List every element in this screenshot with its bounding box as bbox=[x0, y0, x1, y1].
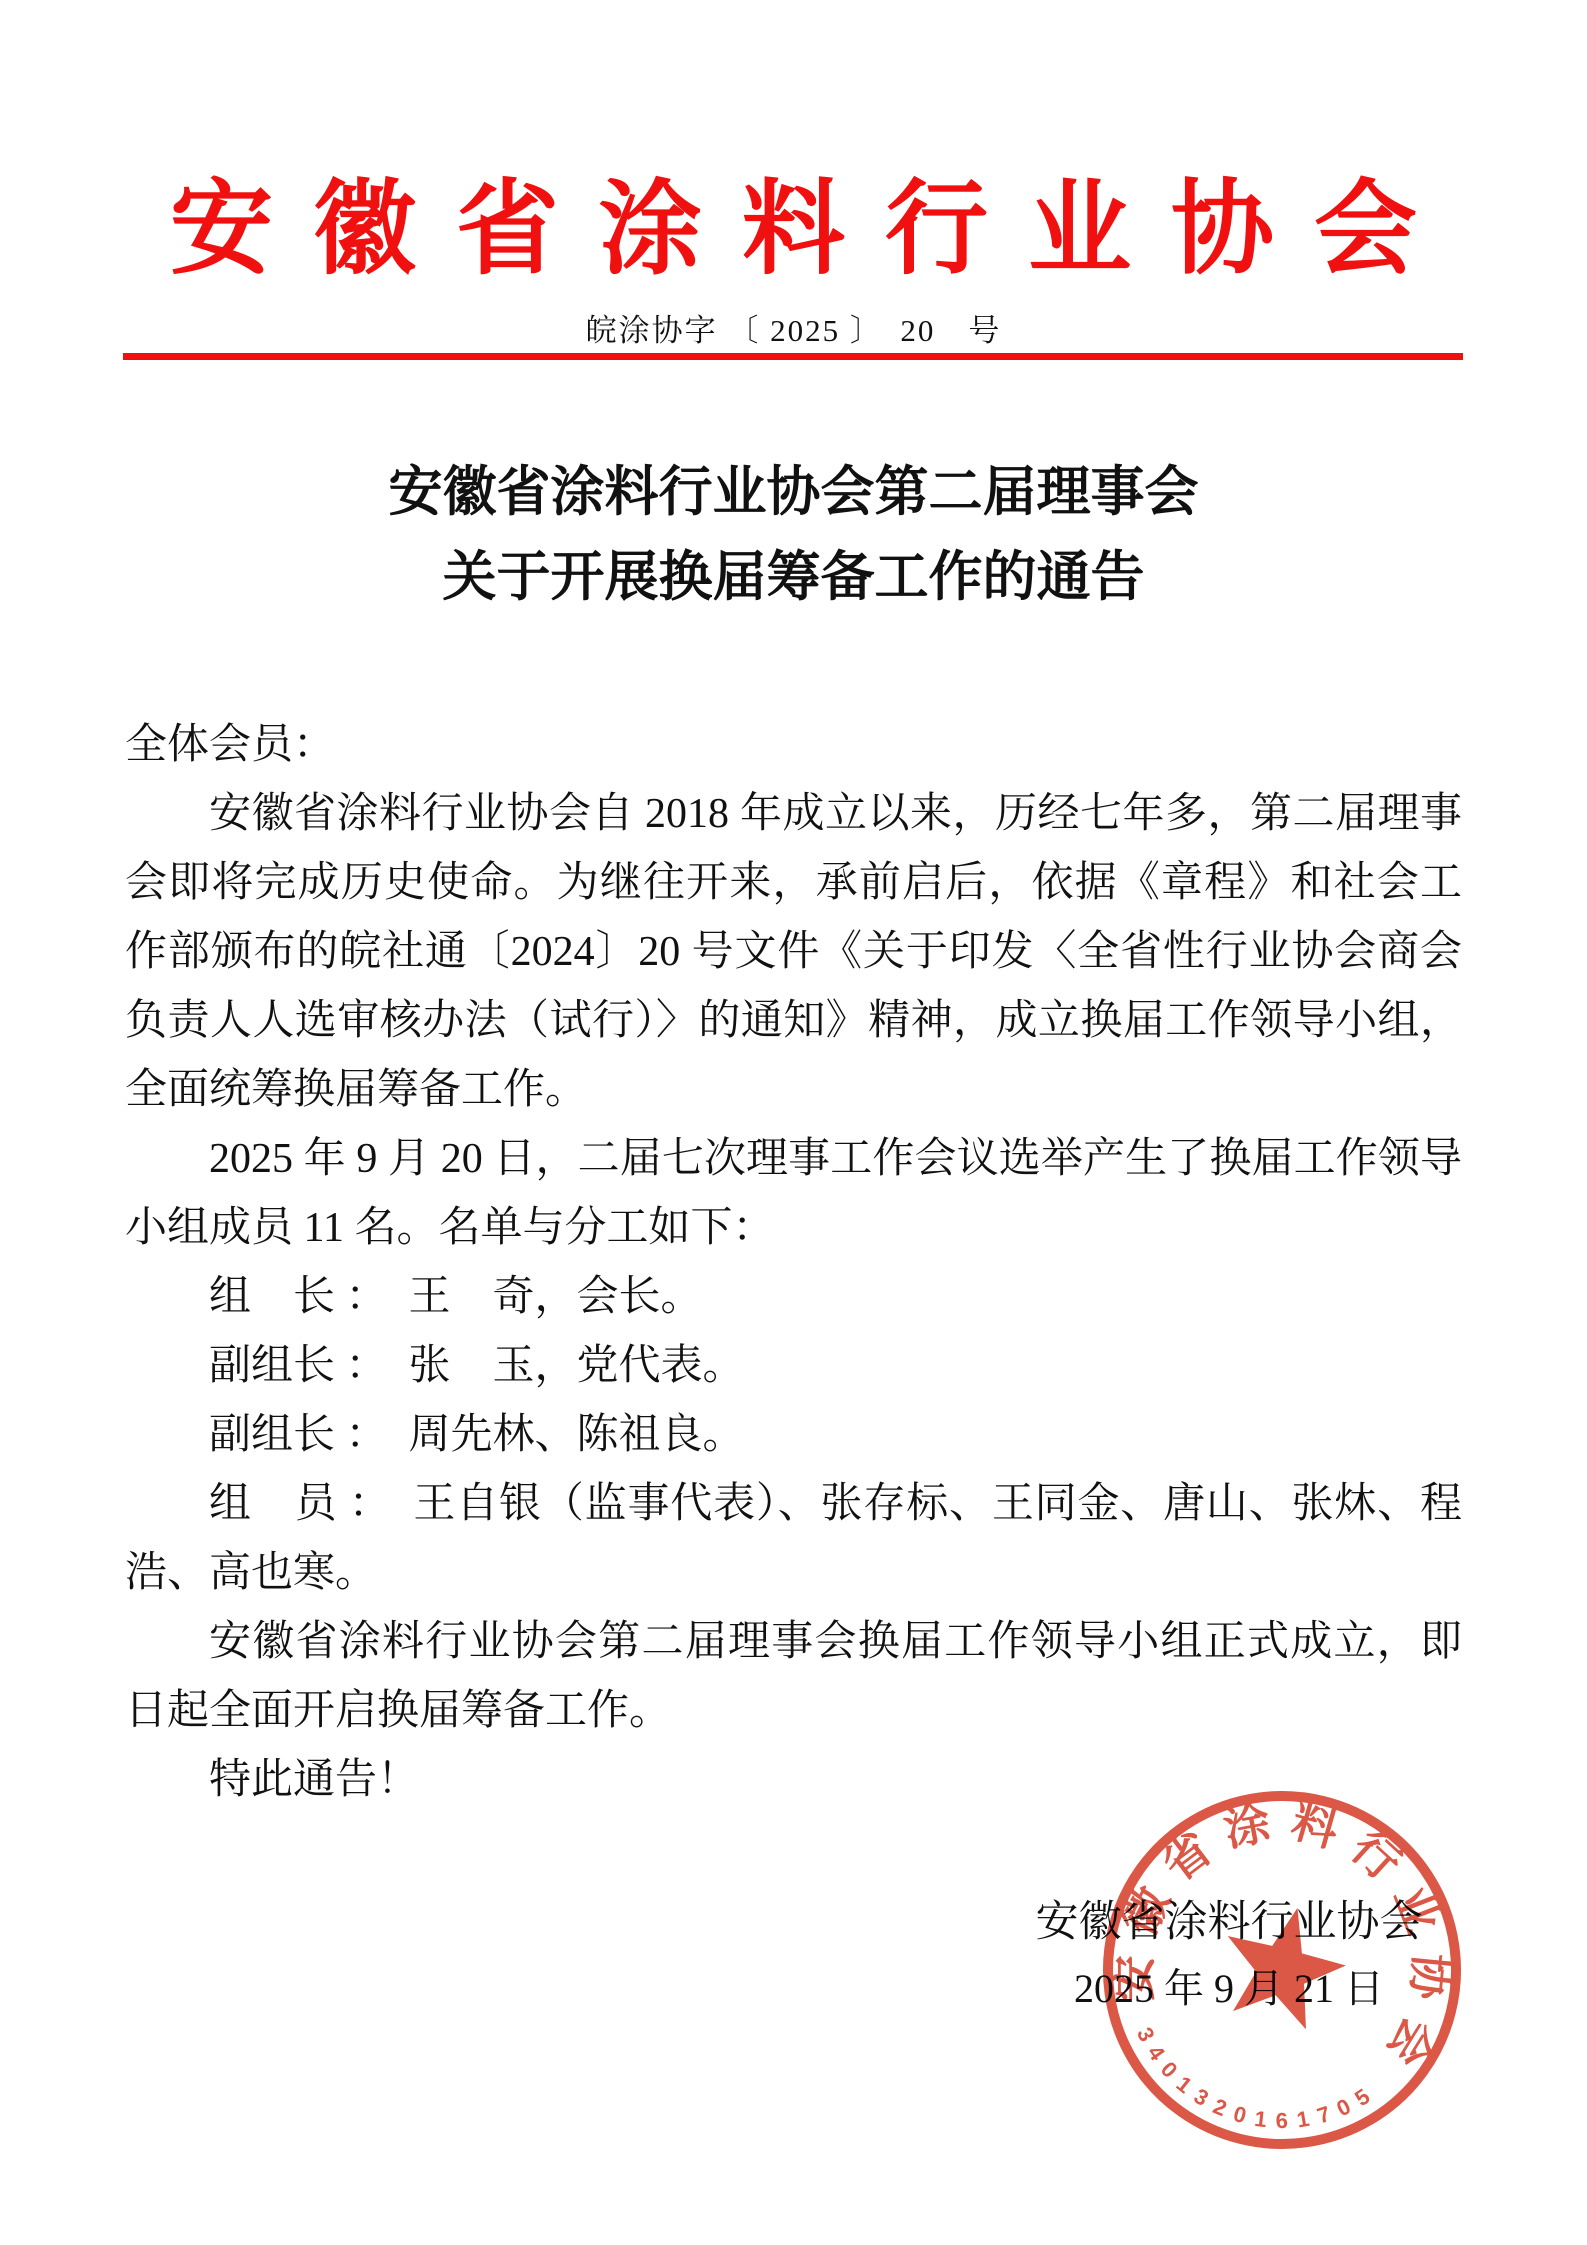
signature-org-name: 安徽省涂料行业协会 bbox=[1019, 1890, 1439, 1956]
red-divider-line bbox=[123, 353, 1463, 360]
document-reference-number: 皖涂协字 〔 2025 〕 20 号 bbox=[0, 311, 1587, 351]
signature-date: 2025 年 9 月 21 日 bbox=[1019, 1956, 1439, 2022]
document-page: 安徽省涂料行业协会 皖涂协字 〔 2025 〕 20 号 安徽省涂料行业协会第二… bbox=[0, 0, 1587, 2245]
roster-leader-line: 组 长 ： 王 奇，会长。 bbox=[125, 1263, 1462, 1332]
document-title: 安徽省涂料行业协会第二届理事会 关于开展换届筹备工作的通告 bbox=[0, 450, 1587, 620]
roster-members-line: 组 员 ： 王自银（监事代表）、张存标、王同金、唐山、张炑、程浩、高也寒。 bbox=[125, 1470, 1462, 1608]
signature-block: 安徽省涂料行业协会 2025 年 9 月 21 日 bbox=[1019, 1890, 1439, 2022]
seal-registration-number: 3401320161705 bbox=[1116, 2019, 1387, 2160]
paragraph-conclusion: 安徽省涂料行业协会第二届理事会换届工作领导小组正式成立，即日起全面开启换届筹备工… bbox=[125, 1608, 1462, 1746]
paragraph-notice-close: 特此通告！ bbox=[125, 1746, 1462, 1815]
letterhead-org-title: 安徽省涂料行业协会 bbox=[0, 175, 1587, 285]
salutation: 全体会员： bbox=[125, 711, 1462, 780]
document-title-line1: 安徽省涂料行业协会第二届理事会 bbox=[0, 450, 1587, 535]
paragraph-history: 安徽省涂料行业协会自 2018 年成立以来，历经七年多，第二届理事会即将完成历史… bbox=[125, 780, 1462, 1125]
document-body: 全体会员： 安徽省涂料行业协会自 2018 年成立以来，历经七年多，第二届理事会… bbox=[125, 711, 1462, 1815]
paragraph-election: 2025 年 9 月 20 日，二届七次理事工作会议选举产生了换届工作领导小组成… bbox=[125, 1125, 1462, 1263]
roster-deputy-line2: 副组长 ： 周先林、陈祖良。 bbox=[125, 1401, 1462, 1470]
document-title-line2: 关于开展换届筹备工作的通告 bbox=[0, 535, 1587, 620]
roster-deputy-line1: 副组长 ： 张 玉，党代表。 bbox=[125, 1332, 1462, 1401]
